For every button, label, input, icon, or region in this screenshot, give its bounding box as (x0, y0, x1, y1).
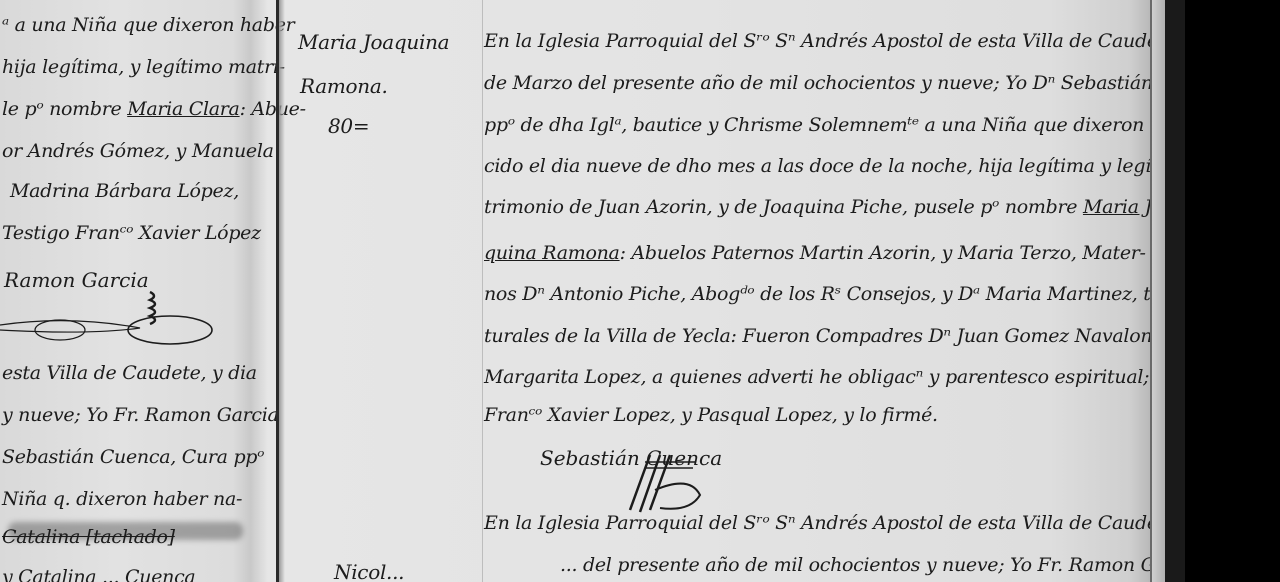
left-line: ᵃ a una Niña que dixeron haber (2, 14, 294, 36)
entry-line: ppᵒ de dha Iglᵃ, bautice y Chrisme Solem… (484, 114, 1165, 136)
left-line: Sebastián Cuenca, Cura ppᵒ (2, 446, 264, 468)
underlined-name: Maria Clara (127, 98, 239, 120)
entry-line: En la Iglesia Parroquial del Sʳᵒ Sⁿ Andr… (484, 512, 1165, 534)
left-line: esta Villa de Caudete, y dia (2, 362, 257, 384)
entry-line: ... del presente año de mil ochocientos … (560, 554, 1165, 576)
manuscript-scan: ᵃ a una Niña que dixeron haber hija legí… (0, 0, 1165, 582)
left-line: y Catalina ... Cuenca (2, 566, 195, 582)
left-line: Madrina Bárbara López, (10, 180, 239, 202)
margin-name-line2: Ramona. (300, 74, 388, 98)
rubric-flourish-icon (600, 450, 710, 520)
next-margin-name: Nicol... (334, 560, 404, 582)
left-line: or Andrés Gómez, y Manuela (2, 140, 274, 162)
margin-name-line1: Maria Joaquina (298, 30, 449, 54)
page-edge-strip (1152, 0, 1165, 582)
left-line-struck: Catalina [tachado] (2, 526, 175, 548)
gutter-shadow (279, 0, 285, 582)
left-line: Niña q. dixeron haber na- (2, 488, 242, 510)
entry-line: Franᶜᵒ Xavier Lopez, y Pasqual Lopez, y … (484, 404, 938, 426)
entry-line: quina Ramona: Abuelos Paternos Martin Az… (484, 242, 1146, 264)
scan-border (1165, 0, 1185, 582)
entry-line: nos Dⁿ Antonio Piche, Abogᵈᵒ de los Rˢ C… (484, 283, 1165, 305)
left-line: hija legítima, y legítimo matri- (2, 56, 285, 78)
left-line: y nueve; Yo Fr. Ramon Garcia (2, 404, 279, 426)
entry-line: trimonio de Juan Azorin, y de Joaquina P… (484, 196, 1165, 218)
entry-line: turales de la Villa de Yecla: Fueron Com… (484, 325, 1165, 347)
margin-rule (482, 0, 483, 582)
entry-line: En la Iglesia Parroquial del Sʳᵒ Sⁿ Andr… (484, 30, 1165, 52)
left-line: Testigo Franᶜᵒ Xavier López (2, 222, 261, 244)
entry-line: Margarita Lopez, a quienes adverti he ob… (484, 366, 1165, 388)
entry-number: 80= (328, 114, 369, 138)
entry-line: de Marzo del presente año de mil ochocie… (484, 72, 1165, 94)
entry-line: cido el dia nueve de dho mes a las doce … (484, 155, 1165, 177)
left-line: le pᵒ nombre Maria Clara: Abue- (2, 98, 306, 120)
signature-flourish-icon (0, 280, 220, 350)
underlined-name: quina Ramona (484, 242, 620, 264)
